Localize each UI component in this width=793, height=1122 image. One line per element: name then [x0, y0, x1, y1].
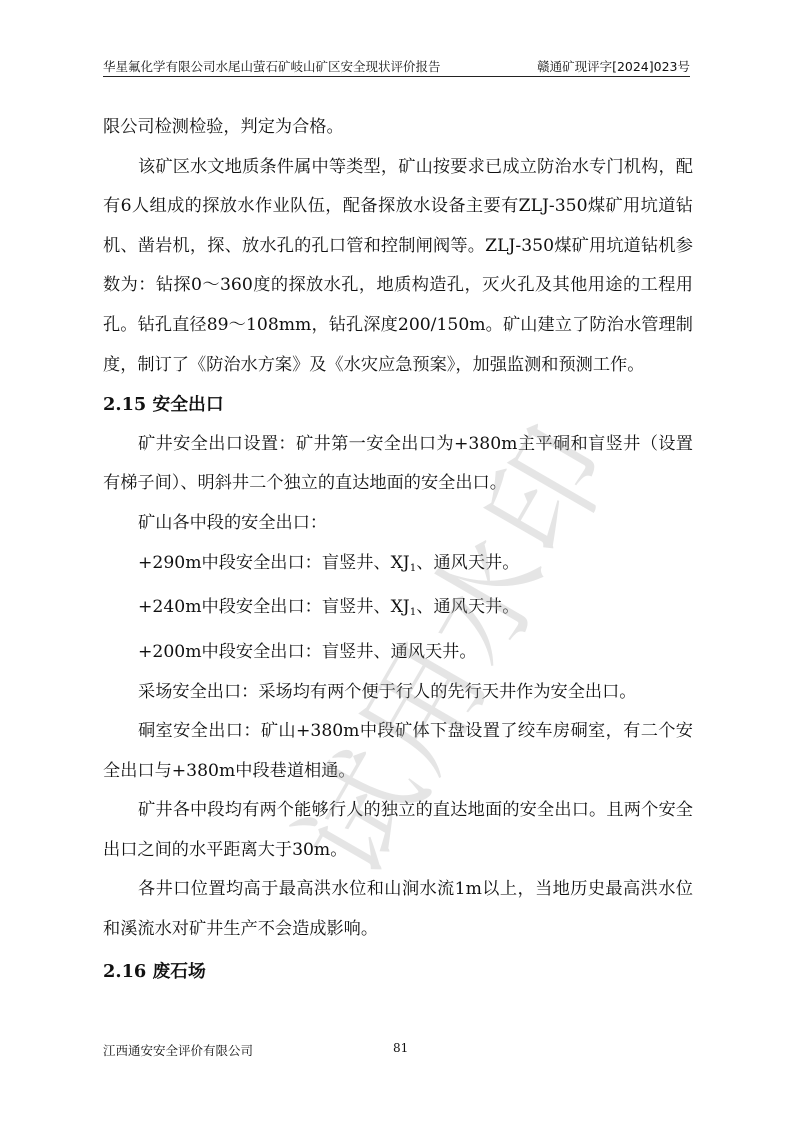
report-title: 华星氟化学有限公司水尾山萤石矿岐山矿区安全现状评价报告	[103, 57, 441, 75]
level-240-text: +240m中段安全出口：盲竖井、XJ	[138, 597, 410, 617]
paragraph-level-200: +200m中段安全出口：盲竖井、通风天井。	[103, 633, 693, 673]
level-290-text: +290m中段安全出口：盲竖井、XJ	[138, 553, 410, 573]
document-number: 赣通矿现评字[2024]023号	[537, 57, 690, 75]
section-heading-2-15: 2.15 安全出口	[103, 385, 693, 425]
paragraph-stope-exits: 采场安全出口：采场均有两个便于行人的先行天井作为安全出口。	[103, 673, 693, 713]
footer-company: 江西通安安全评价有限公司	[103, 1041, 253, 1059]
paragraph-chamber-exits: 硐室安全出口：矿山+380m中段矿体下盘设置了绞车房硐室，有二个安全出口与+38…	[103, 712, 693, 791]
document-body: 限公司检测检验，判定为合格。 该矿区水文地质条件属中等类型，矿山按要求已成立防治…	[103, 108, 693, 991]
paragraph-level-290: +290m中段安全出口：盲竖井、XJ1、通风天井。	[103, 544, 693, 589]
page-number: 81	[393, 1041, 408, 1055]
paragraph-continuation: 限公司检测检验，判定为合格。	[103, 108, 693, 148]
paragraph-level-240: +240m中段安全出口：盲竖井、XJ1、通风天井。	[103, 588, 693, 633]
level-240-suffix: 、通风天井。	[416, 597, 519, 617]
paragraph-flood-level: 各井口位置均高于最高洪水位和山涧水流1m以上，当地历史最高洪水位和溪流水对矿井生…	[103, 870, 693, 949]
page-header: 华星氟化学有限公司水尾山萤石矿岐山矿区安全现状评价报告 赣通矿现评字[2024]…	[103, 56, 690, 77]
level-290-suffix: 、通风天井。	[416, 553, 519, 573]
paragraph-level-distance: 矿井各中段均有两个能够行人的独立的直达地面的安全出口。且两个安全出口之间的水平距…	[103, 791, 693, 870]
paragraph-hydrogeology: 该矿区水文地质条件属中等类型，矿山按要求已成立防治水专门机构，配有6人组成的探放…	[103, 148, 693, 386]
paragraph-mine-exits: 矿井安全出口设置：矿井第一安全出口为+380m主平硐和盲竖井（设置有梯子间）、明…	[103, 425, 693, 504]
section-heading-2-16: 2.16 废石场	[103, 952, 693, 992]
paragraph-level-exits-intro: 矿山各中段的安全出口：	[103, 504, 693, 544]
